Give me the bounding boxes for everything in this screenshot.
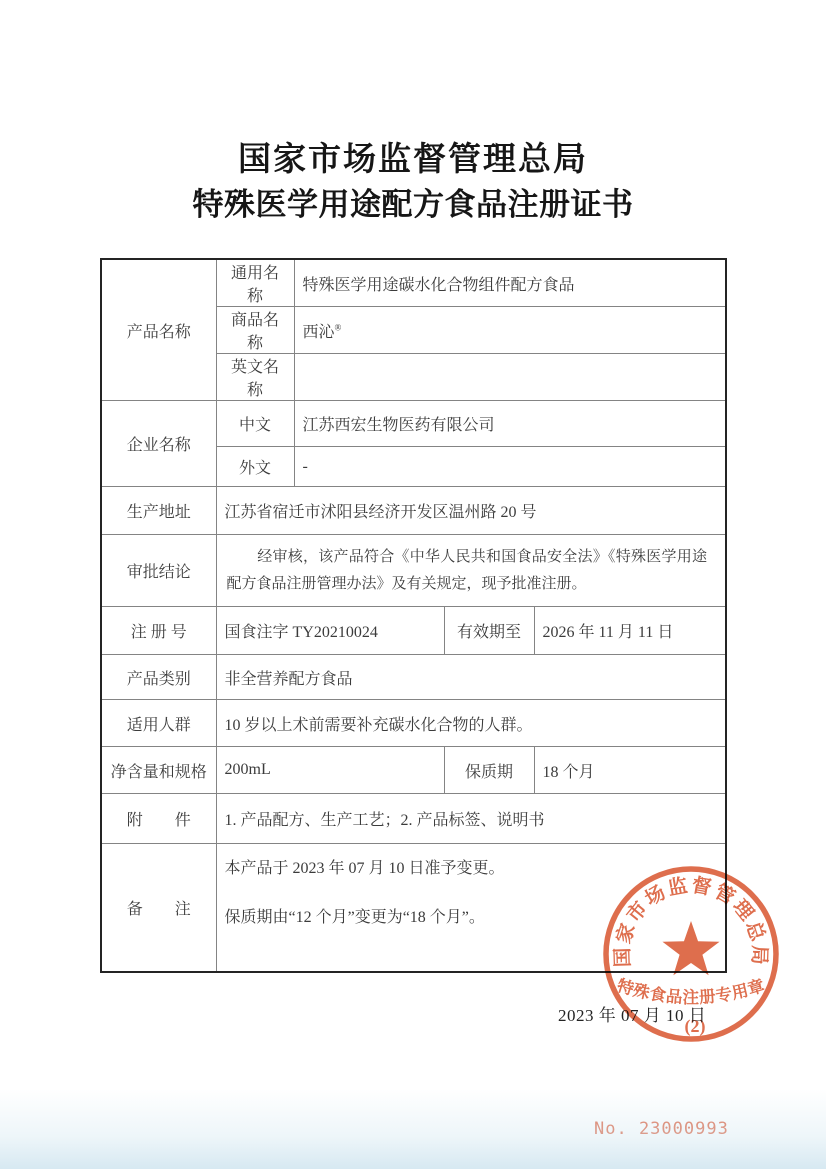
net-content-label: 净含量和规格 [101, 747, 216, 794]
trade-name-text: 西沁 [303, 324, 335, 341]
english-name-label: 英文名称 [216, 354, 294, 401]
attachment-label: 附 件 [101, 794, 216, 844]
shelf-life-value: 18 个月 [534, 747, 726, 794]
row-generic-name: 产品名称 通用名称 特殊医学用途碳水化合物组件配方食品 [101, 259, 726, 307]
row-address: 生产地址 江苏省宿迁市沭阳县经济开发区温州路 20 号 [101, 487, 726, 535]
product-name-label: 产品名称 [101, 259, 216, 401]
company-foreign-label: 外文 [216, 447, 294, 487]
title-certificate: 特殊医学用途配方食品注册证书 [0, 185, 826, 225]
target-group-value: 10 岁以上术前需要补充碳水化合物的人群。 [216, 700, 726, 747]
category-label: 产品类别 [101, 655, 216, 700]
address-label: 生产地址 [101, 487, 216, 535]
company-label: 企业名称 [101, 401, 216, 487]
target-group-label: 适用人群 [101, 700, 216, 747]
row-registration: 注 册 号 国食注字 TY20210024 有效期至 2026 年 11 月 1… [101, 607, 726, 655]
seal-number: (2) [685, 1016, 706, 1037]
company-foreign-value: - [294, 447, 726, 487]
approval-paragraph: 经审核，该产品符合《中华人民共和国食品安全法》《特殊医学用途配方食品注册管理办法… [225, 538, 718, 604]
approval-label: 审批结论 [101, 535, 216, 607]
generic-name-value: 特殊医学用途碳水化合物组件配方食品 [294, 259, 726, 307]
document-title: 国家市场监督管理总局 特殊医学用途配方食品注册证书 [0, 140, 826, 225]
registered-mark: ® [335, 322, 342, 332]
trade-name-value: 西沁® [294, 307, 726, 354]
svg-text:特殊食品注册专用章: 特殊食品注册专用章 [615, 975, 767, 1007]
company-chinese-label: 中文 [216, 401, 294, 447]
attachment-value: 1. 产品配方、生产工艺；2. 产品标签、说明书 [216, 794, 726, 844]
trade-name-label: 商品名称 [216, 307, 294, 354]
approval-value: 经审核，该产品符合《中华人民共和国食品安全法》《特殊医学用途配方食品注册管理办法… [216, 535, 726, 607]
shelf-life-label: 保质期 [444, 747, 534, 794]
certificate-page: 国家市场监督管理总局 特殊医学用途配方食品注册证书 产品名称 通用名称 特殊医学… [0, 0, 826, 1169]
row-category: 产品类别 非全营养配方食品 [101, 655, 726, 700]
row-attachment: 附 件 1. 产品配方、生产工艺；2. 产品标签、说明书 [101, 794, 726, 844]
address-value: 江苏省宿迁市沭阳县经济开发区温州路 20 号 [216, 487, 726, 535]
remark-label: 备 注 [101, 844, 216, 972]
registration-number: 国食注字 TY20210024 [216, 607, 444, 655]
registration-label: 注 册 号 [101, 607, 216, 655]
company-chinese-value: 江苏西宏生物医药有限公司 [294, 401, 726, 447]
serial-number: No. 23000993 [594, 1119, 729, 1139]
star-icon [662, 921, 719, 975]
expiry-value: 2026 年 11 月 11 日 [534, 607, 726, 655]
net-content-value: 200mL [216, 747, 444, 794]
seal-bottom-text: 特殊食品注册专用章 [615, 975, 767, 1007]
row-target-group: 适用人群 10 岁以上术前需要补充碳水化合物的人群。 [101, 700, 726, 747]
row-company-chinese: 企业名称 中文 江苏西宏生物医药有限公司 [101, 401, 726, 447]
english-name-value [294, 354, 726, 401]
official-seal: 国家市场监督管理总局 特殊食品注册专用章 (2) [591, 854, 791, 1054]
row-net-content: 净含量和规格 200mL 保质期 18 个月 [101, 747, 726, 794]
title-authority: 国家市场监督管理总局 [0, 140, 826, 180]
row-approval: 审批结论 经审核，该产品符合《中华人民共和国食品安全法》《特殊医学用途配方食品注… [101, 535, 726, 607]
expiry-label: 有效期至 [444, 607, 534, 655]
generic-name-label: 通用名称 [216, 259, 294, 307]
category-value: 非全营养配方食品 [216, 655, 726, 700]
